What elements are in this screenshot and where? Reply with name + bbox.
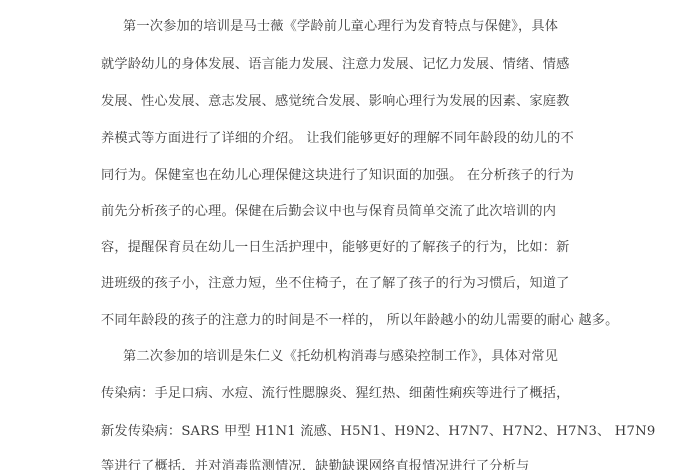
document-page: 第一次参加的培训是马士薇《学龄前儿童心理行为发育特点与保健》，具体 就学龄幼儿的… <box>0 0 700 470</box>
text-line: 新发传染病：SARS 甲型 H1N1 流感、H5N1、H9N2、H7N7、H7N… <box>101 423 655 441</box>
text-line: 进班级的孩子小，注意力短，坐不住椅子，在了解了孩子的行为习惯后，知道了 <box>101 275 570 293</box>
text-line: 等进行了概括，并对消毒监测情况，缺勤缺课网络直报情况进行了分析与 <box>101 458 529 470</box>
text-line: 容，提醒保育员在幼儿一日生活护理中，能够更好的了解孩子的行为，比如：新 <box>101 239 570 257</box>
text-line: 第二次参加的培训是朱仁义《托幼机构消毒与感染控制工作》，具体对常见 <box>123 348 558 366</box>
text-line: 就学龄幼儿的身体发展、语言能力发展、注意力发展、记忆力发展、情绪、情感 <box>101 56 570 74</box>
text-line: 前先分析孩子的心理。保健在后勤会议中也与保育员简单交流了此次培训的内 <box>101 203 556 221</box>
text-line: 传染病：手足口病、水痘、流行性腮腺炎、猩红热、细菌性痢疾等进行了概括， <box>101 385 570 403</box>
text-line: 第一次参加的培训是马士薇《学龄前儿童心理行为发育特点与保健》，具体 <box>123 18 558 36</box>
text-line: 不同年龄段的孩子的注意力的时间是不一样的， 所以年龄越小的幼儿需要的耐心 越多。 <box>101 312 619 330</box>
text-line: 同行为。保健室也在幼儿心理保健这块进行了知识面的加强。 在分析孩子的行为 <box>101 167 574 185</box>
text-line: 发展、性心发展、意志发展、感觉统合发展、影响心理行为发展的因素、家庭教 <box>101 93 570 111</box>
text-line: 养模式等方面进行了详细的介绍。 让我们能够更好的理解不同年龄段的幼儿的不 <box>101 130 574 148</box>
